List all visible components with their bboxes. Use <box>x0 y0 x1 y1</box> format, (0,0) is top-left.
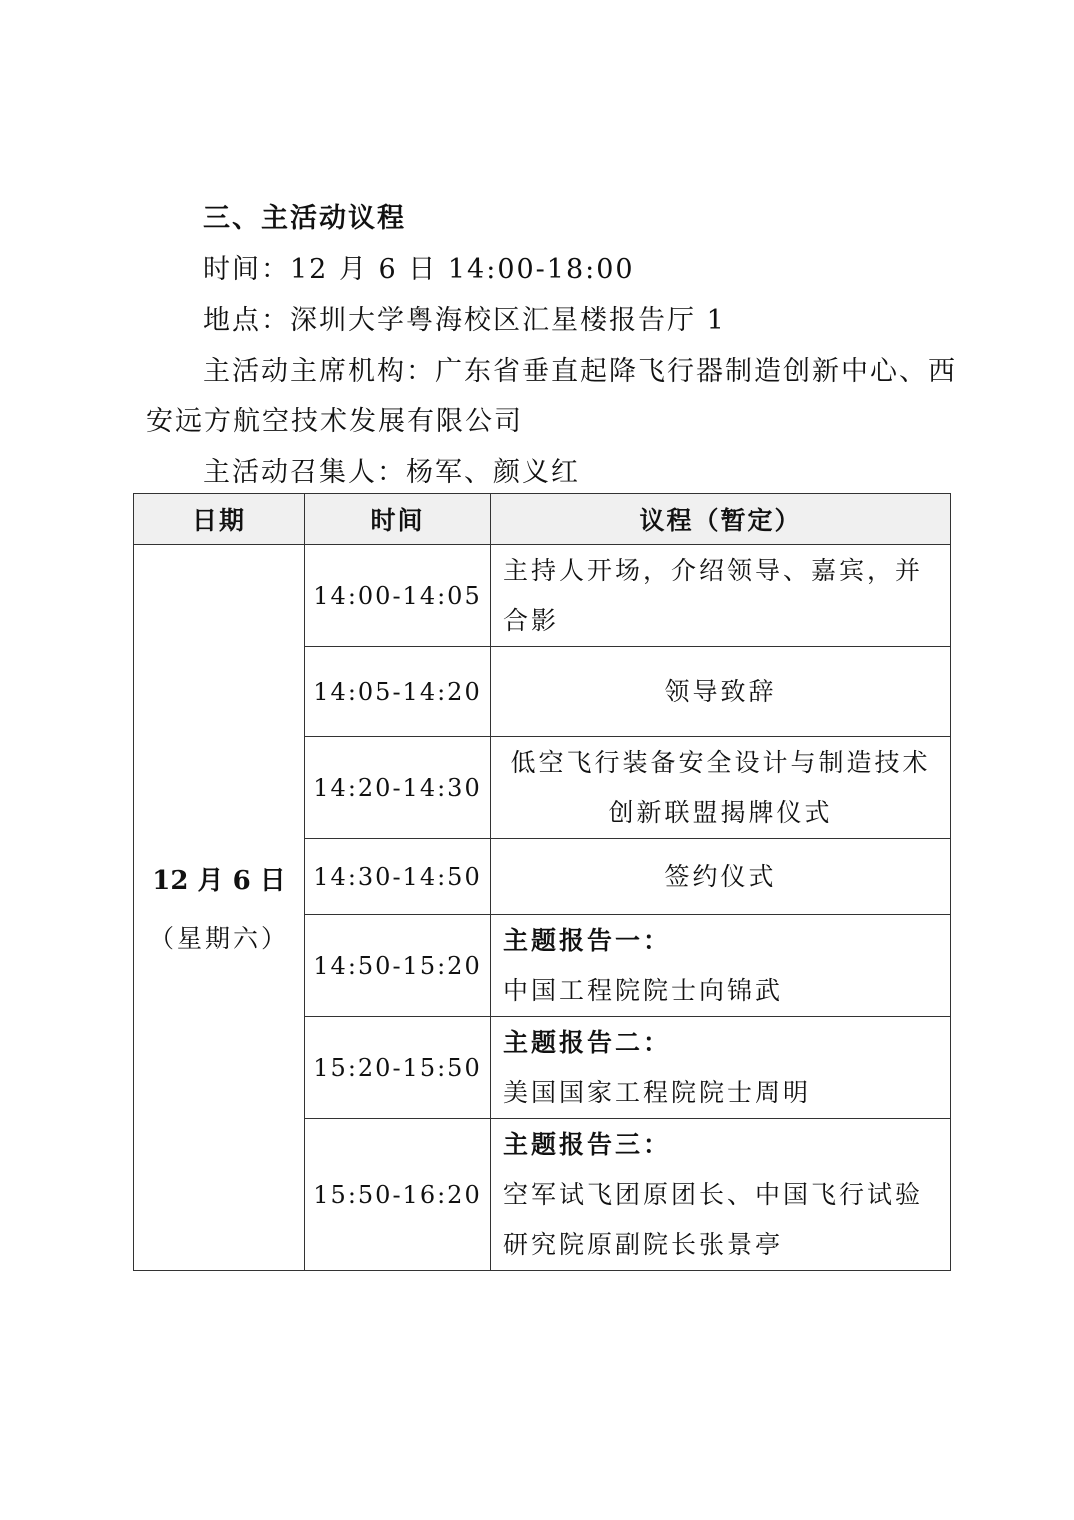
host-organization-line2: 安远方航空技术发展有限公司 <box>146 408 523 435</box>
date-cell: 12 月 6 日 （星期六） <box>134 545 305 1271</box>
header-date: 日期 <box>134 494 305 545</box>
time-cell: 15:20-15:50 <box>305 1017 491 1119</box>
event-place: 地点：深圳大学粤海校区汇星楼报告厅 1 <box>203 307 726 334</box>
time-cell: 15:50-16:20 <box>305 1119 491 1271</box>
time-cell: 14:50-15:20 <box>305 915 491 1017</box>
agenda-table: 日期 时间 议程（暂定） 12 月 6 日 （星期六） 14:00-14:05 … <box>133 493 951 1271</box>
keynote-title: 主题报告三： <box>503 1120 950 1170</box>
agenda-cell: 签约仪式 <box>491 839 951 915</box>
time-cell: 14:05-14:20 <box>305 647 491 737</box>
agenda-cell: 领导致辞 <box>491 647 951 737</box>
date-value: 12 月 6 日 <box>134 860 304 897</box>
agenda-cell: 主题报告二： 美国国家工程院院士周明 <box>491 1017 951 1119</box>
header-time: 时间 <box>305 494 491 545</box>
host-organization-line1: 主活动主席机构：广东省垂直起降飞行器制造创新中心、西 <box>203 358 957 385</box>
event-time: 时间：12 月 6 日 14:00-18:00 <box>203 256 635 283</box>
time-cell: 14:30-14:50 <box>305 839 491 915</box>
header-agenda: 议程（暂定） <box>491 494 951 545</box>
document-page: 三、主活动议程 时间：12 月 6 日 14:00-18:00 地点：深圳大学粤… <box>0 0 1074 1520</box>
time-cell: 14:20-14:30 <box>305 737 491 839</box>
agenda-cell: 主持人开场，介绍领导、嘉宾，并 合影 <box>491 545 951 647</box>
agenda-cell: 主题报告一： 中国工程院院士向锦武 <box>491 915 951 1017</box>
section-heading: 三、主活动议程 <box>203 205 406 232</box>
keynote-title: 主题报告二： <box>503 1018 950 1068</box>
weekday-value: （星期六） <box>134 919 304 955</box>
event-convener: 主活动召集人：杨军、颜义红 <box>203 459 580 486</box>
time-cell: 14:00-14:05 <box>305 545 491 647</box>
table-header-row: 日期 时间 议程（暂定） <box>134 494 951 545</box>
table-row: 12 月 6 日 （星期六） 14:00-14:05 主持人开场，介绍领导、嘉宾… <box>134 545 951 647</box>
agenda-cell: 低空飞行装备安全设计与制造技术 创新联盟揭牌仪式 <box>491 737 951 839</box>
agenda-cell: 主题报告三： 空军试飞团原团长、中国飞行试验 研究院原副院长张景亭 <box>491 1119 951 1271</box>
keynote-title: 主题报告一： <box>503 916 950 966</box>
